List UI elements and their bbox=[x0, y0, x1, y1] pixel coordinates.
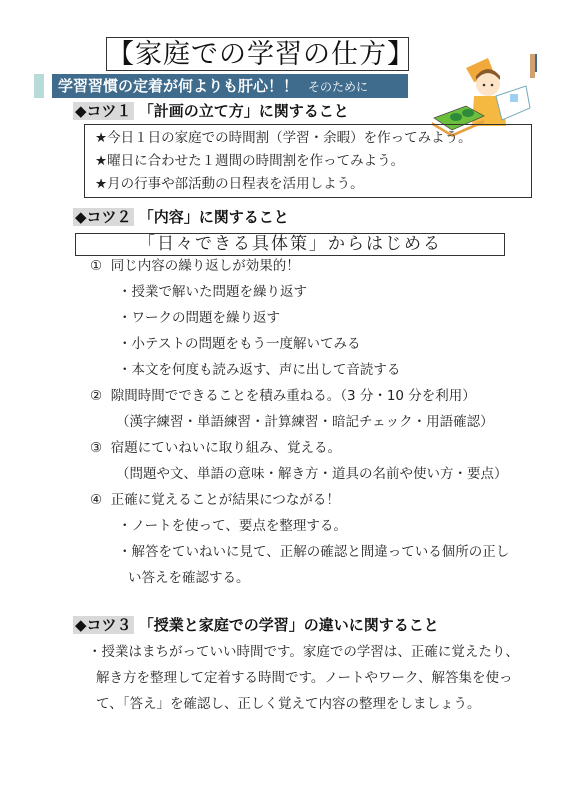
section1-heading: ◆コツ１ 「計画の立て方」に関すること bbox=[73, 100, 349, 122]
point-1-sub: ・本文を何度も読み返す、声に出して音読する bbox=[118, 357, 400, 383]
section3-heading: ◆コツ３ 「授業と家庭での学習」の違いに関すること bbox=[73, 614, 439, 636]
point-3: ③ 宿題にていねいに取り組み、覚える。 bbox=[90, 435, 341, 461]
section1-item: ★曜日に合わせた１週間の時間割を作ってみよう。 bbox=[95, 150, 531, 173]
section3-tag: ◆コツ３ bbox=[73, 616, 134, 634]
section3-line: 解き方を整理して定着する時間です。ノートやワーク、解答集を使っ bbox=[96, 665, 512, 691]
page-title: 【家庭での学習の仕方】 bbox=[106, 37, 409, 71]
section2-heading: ◆コツ２ 「内容」に関すること bbox=[73, 206, 289, 228]
point-1-sub: ・小テストの問題をもう一度解いてみる bbox=[118, 331, 360, 357]
section1-tag: ◆コツ１ bbox=[73, 102, 134, 120]
point-4: ④ 正確に覚えることが結果につながる！ bbox=[90, 487, 340, 513]
point-1: ① 同じ内容の繰り返しが効果的！ bbox=[90, 253, 300, 279]
section2-title: 「内容」に関すること bbox=[139, 208, 289, 226]
point-number: ① bbox=[90, 258, 102, 274]
point-text: 宿題にていねいに取り組み、覚える。 bbox=[111, 440, 341, 456]
point-text: 同じ内容の繰り返しが効果的！ bbox=[111, 258, 300, 274]
section1-item: ★今日１日の家庭での時間割（学習・余暇）を作ってみよう。 bbox=[95, 127, 531, 150]
section-banner: 学習習慣の定着が何よりも肝心！！そのために bbox=[52, 74, 408, 98]
section1-item: ★月の行事や部活動の日程表を活用しよう。 bbox=[95, 173, 531, 196]
point-2-sub: （漢字練習・単語練習・計算練習・暗記チェック・用語確認） bbox=[116, 409, 494, 435]
point-number: ④ bbox=[90, 492, 102, 508]
point-text: 隙間時間でできることを積み重ねる。（3 分・10 分を利用） bbox=[111, 388, 476, 404]
banner-sub-text: そのために bbox=[308, 80, 368, 94]
point-1-sub: ・ワークの問題を繰り返す bbox=[118, 305, 280, 331]
point-number: ② bbox=[90, 388, 102, 404]
section1-box: ★今日１日の家庭での時間割（学習・余暇）を作ってみよう。 ★曜日に合わせた１週間… bbox=[84, 124, 532, 198]
section1-title: 「計画の立て方」に関すること bbox=[139, 102, 349, 120]
point-4-sub: い答えを確認する。 bbox=[128, 565, 250, 591]
point-1-sub: ・授業で解いた問題を繰り返す bbox=[118, 279, 307, 305]
point-4-sub: ・ノートを使って、要点を整理する。 bbox=[118, 513, 347, 539]
banner-accent-bar bbox=[34, 74, 44, 98]
section2-tag: ◆コツ２ bbox=[73, 208, 134, 226]
point-3-sub: （問題や文、単語の意味・解き方・道具の名前や使い方・要点） bbox=[116, 461, 508, 487]
section3-line: ・授業はまちがっていい時間です。家庭での学習は、正確に覚えたり、 bbox=[88, 639, 519, 665]
section3-title: 「授業と家庭での学習」の違いに関すること bbox=[139, 616, 439, 634]
point-2: ② 隙間時間でできることを積み重ねる。（3 分・10 分を利用） bbox=[90, 383, 476, 409]
point-text: 正確に覚えることが結果につながる！ bbox=[111, 492, 340, 508]
banner-main-text: 学習習慣の定着が何よりも肝心！！ bbox=[58, 77, 298, 95]
point-number: ③ bbox=[90, 440, 102, 456]
point-4-sub: ・解答をていねいに見て、正解の確認と間違っている個所の正し bbox=[118, 539, 509, 565]
section3-line: て、「答え」を確認し、正しく覚えて内容の整理をしましょう。 bbox=[96, 691, 480, 717]
